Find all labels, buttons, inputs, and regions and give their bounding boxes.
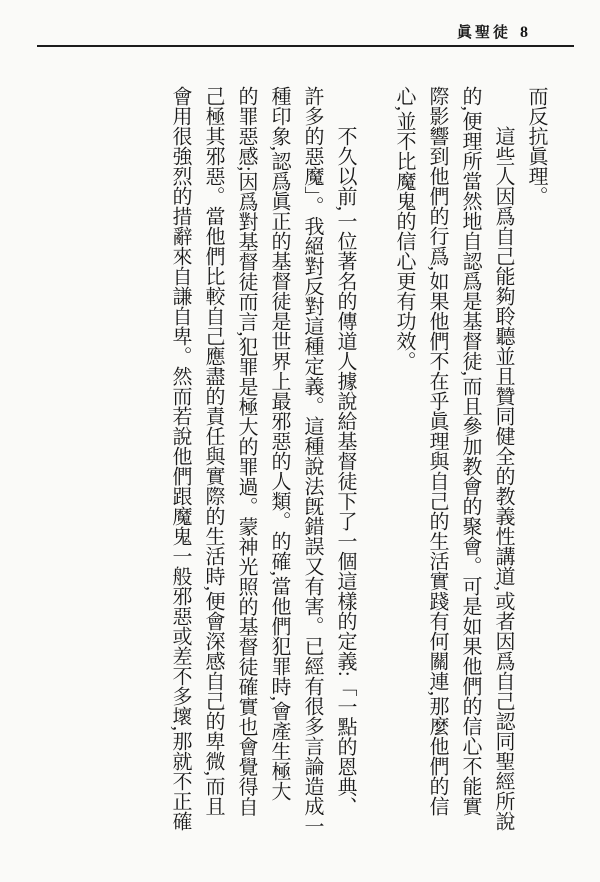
text-column: 不久以前,一位著名的傳道人據說給基督徒下了一個這樣的定義:「一點的恩典、	[328, 86, 361, 862]
text-column: 的,便理所當然地自認爲是基督徒,而且參加教會的聚會。可是如果他們的信心不能實	[453, 86, 486, 862]
text-column: 際影響到他們的行爲,如果他們不在乎眞理與自己的生活實踐有何關連,那麼他們的信	[420, 86, 453, 862]
running-head: 眞聖徒8	[0, 21, 528, 42]
header-rule	[37, 45, 574, 47]
book-page: 眞聖徒8 而反抗眞理。 這些人因爲自己能夠聆聽並且贊同健全的教義性講道,或者因爲…	[0, 0, 600, 882]
text-column: 己極其邪惡。當他們比較自己應盡的責任與實際的生活時,便會深感自己的卑微,而且	[196, 86, 229, 862]
text-column: 許多的惡魔」。我絕對反對這種定義。這種說法旣錯誤又有害。已經有很多言論造成一	[295, 86, 328, 862]
running-title: 眞聖徒	[457, 25, 511, 41]
text-column: 的罪惡感;因爲對基督徒而言,犯罪是極大的罪過。蒙神光照的基督徒確實也會覺得自	[229, 86, 262, 862]
text-column: 心,並不比魔鬼的信心更有功效。	[387, 86, 420, 862]
text-column: 會用很強烈的措辭來自謙自卑。然而若說他們跟魔鬼一般邪惡或差不多壞,那就不正確	[163, 86, 196, 862]
text-column: 這些人因爲自己能夠聆聽並且贊同健全的教義性講道,或者因爲自己認同聖經所說	[486, 86, 519, 862]
page-text-body: 而反抗眞理。 這些人因爲自己能夠聆聽並且贊同健全的教義性講道,或者因爲自己認同聖…	[48, 86, 552, 862]
text-column: 種印象,認爲眞正的基督徒是世界上最邪惡的人類。的確,當他們犯罪時,會產生極大	[262, 86, 295, 862]
text-column: 而反抗眞理。	[519, 86, 552, 862]
page-number: 8	[520, 24, 528, 42]
